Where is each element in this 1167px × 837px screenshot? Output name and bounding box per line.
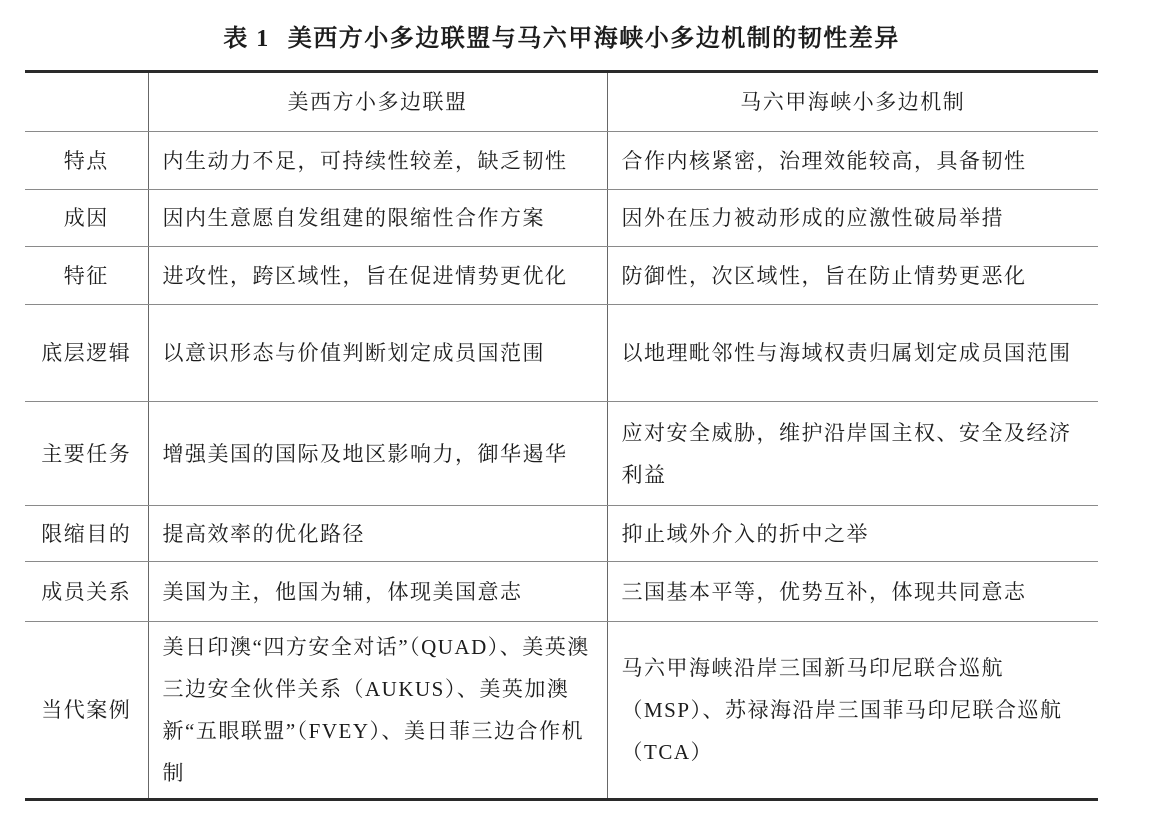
table-header-row: 美西方小多边联盟 马六甲海峡小多边机制	[25, 72, 1098, 132]
header-cell-empty	[25, 72, 148, 132]
cell-us: 美国为主，他国为辅，体现美国意志	[148, 562, 607, 622]
cell-us: 增强美国的国际及地区影响力，御华遏华	[148, 402, 607, 506]
table-row-characteristics: 特点 内生动力不足，可持续性较差，缺乏韧性 合作内核紧密，治理效能较高，具备韧性	[25, 132, 1098, 190]
row-label: 成因	[25, 190, 148, 247]
row-label: 当代案例	[25, 622, 148, 800]
cell-us: 内生动力不足，可持续性较差，缺乏韧性	[148, 132, 607, 190]
cell-us: 以意识形态与价值判断划定成员国范围	[148, 305, 607, 402]
table-row-contemporary-cases: 当代案例 美日印澳“四方安全对话”（QUAD）、美英澳三边安全伙伴关系（AUKU…	[25, 622, 1098, 800]
cell-malacca: 防御性，次区域性，旨在防止情势更恶化	[607, 247, 1098, 305]
cell-malacca: 马六甲海峡沿岸三国新马印尼联合巡航（MSP）、苏禄海沿岸三国菲马印尼联合巡航（T…	[607, 622, 1098, 800]
row-label: 特点	[25, 132, 148, 190]
row-label: 成员关系	[25, 562, 148, 622]
comparison-table: 美西方小多边联盟 马六甲海峡小多边机制 特点 内生动力不足，可持续性较差，缺乏韧…	[25, 70, 1098, 801]
table-row-causes: 成因 因内生意愿自发组建的限缩性合作方案 因外在压力被动形成的应激性破局举措	[25, 190, 1098, 247]
row-label: 主要任务	[25, 402, 148, 506]
cell-us: 因内生意愿自发组建的限缩性合作方案	[148, 190, 607, 247]
table-row-underlying-logic: 底层逻辑 以意识形态与价值判断划定成员国范围 以地理毗邻性与海域权责归属划定成员…	[25, 305, 1098, 402]
row-label: 特征	[25, 247, 148, 305]
header-cell-us-alliance: 美西方小多边联盟	[148, 72, 607, 132]
row-label: 底层逻辑	[25, 305, 148, 402]
cell-malacca: 合作内核紧密，治理效能较高，具备韧性	[607, 132, 1098, 190]
table-row-member-relations: 成员关系 美国为主，他国为辅，体现美国意志 三国基本平等，优势互补，体现共同意志	[25, 562, 1098, 622]
cell-us: 提高效率的优化路径	[148, 506, 607, 562]
table-number: 表 1	[223, 26, 270, 52]
row-label: 限缩目的	[25, 506, 148, 562]
header-cell-malacca-mechanism: 马六甲海峡小多边机制	[607, 72, 1098, 132]
table-title: 表 1美西方小多边联盟与马六甲海峡小多边机制的韧性差异	[25, 22, 1098, 56]
table-row-main-tasks: 主要任务 增强美国的国际及地区影响力，御华遏华 应对安全威胁，维护沿岸国主权、安…	[25, 402, 1098, 506]
cell-malacca: 以地理毗邻性与海域权责归属划定成员国范围	[607, 305, 1098, 402]
cell-us: 美日印澳“四方安全对话”（QUAD）、美英澳三边安全伙伴关系（AUKUS）、美英…	[148, 622, 607, 800]
table-caption: 美西方小多边联盟与马六甲海峡小多边机制的韧性差异	[288, 26, 900, 52]
cell-malacca: 抑止域外介入的折中之举	[607, 506, 1098, 562]
document-page: 表 1美西方小多边联盟与马六甲海峡小多边机制的韧性差异 美西方小多边联盟 马六甲…	[0, 0, 1167, 837]
cell-malacca: 应对安全威胁，维护沿岸国主权、安全及经济利益	[607, 402, 1098, 506]
table-row-restriction-purpose: 限缩目的 提高效率的优化路径 抑止域外介入的折中之举	[25, 506, 1098, 562]
cell-us: 进攻性，跨区域性，旨在促进情势更优化	[148, 247, 607, 305]
cell-malacca: 因外在压力被动形成的应激性破局举措	[607, 190, 1098, 247]
table-row-features: 特征 进攻性，跨区域性，旨在促进情势更优化 防御性，次区域性，旨在防止情势更恶化	[25, 247, 1098, 305]
cell-malacca: 三国基本平等，优势互补，体现共同意志	[607, 562, 1098, 622]
